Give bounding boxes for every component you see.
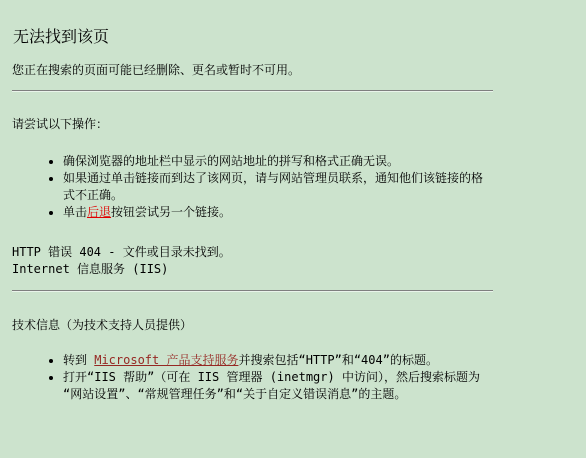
suggestion-text-prefix: 单击 bbox=[63, 205, 87, 219]
status-block: HTTP 错误 404 - 文件或目录未找到。 Internet 信息服务 (I… bbox=[12, 244, 493, 278]
page-title: 无法找到该页 bbox=[13, 28, 493, 46]
error-page-content: 无法找到该页 您正在搜索的页面可能已经删除、更名或暂时不可用。 请尝试以下操作：… bbox=[12, 0, 493, 403]
technical-text-prefix: 转到 bbox=[63, 353, 94, 367]
list-item-check-address: 确保浏览器的地址栏中显示的网站地址的拼写和格式正确无误。 bbox=[63, 153, 493, 170]
suggestions-list: 确保浏览器的地址栏中显示的网站地址的拼写和格式正确无误。 如果通过单击链接而到达… bbox=[12, 153, 493, 221]
suggestions-heading: 请尝试以下操作： bbox=[12, 117, 493, 132]
list-item-click-back: 单击后退按钮尝试另一个链接。 bbox=[63, 204, 493, 221]
page-subtitle: 您正在搜索的页面可能已经删除、更名或暂时不可用。 bbox=[12, 63, 493, 78]
server-info-line: Internet 信息服务 (IIS) bbox=[12, 261, 493, 278]
http-error-status-line: HTTP 错误 404 - 文件或目录未找到。 bbox=[12, 244, 493, 261]
back-link[interactable]: 后退 bbox=[87, 205, 111, 219]
technical-info-heading: 技术信息（为技术支持人员提供） bbox=[12, 318, 493, 333]
list-item-support-services: 转到 Microsoft 产品支持服务并搜索包括“HTTP”和“404”的标题。 bbox=[63, 352, 493, 369]
technical-text-suffix: 并搜索包括“HTTP”和“404”的标题。 bbox=[238, 353, 437, 367]
technical-text: 打开“IIS 帮助”（可在 IIS 管理器 (inetmgr) 中访问），然后搜… bbox=[63, 370, 480, 401]
suggestion-text-suffix: 按钮尝试另一个链接。 bbox=[111, 205, 231, 219]
list-item-contact-admin: 如果通过单击链接而到达了该网页，请与网站管理员联系，通知他们该链接的格式不正确。 bbox=[63, 170, 493, 204]
suggestion-text: 如果通过单击链接而到达了该网页，请与网站管理员联系，通知他们该链接的格式不正确。 bbox=[63, 171, 483, 202]
bottom-divider bbox=[12, 290, 493, 292]
technical-list: 转到 Microsoft 产品支持服务并搜索包括“HTTP”和“404”的标题。… bbox=[12, 352, 493, 403]
list-item-iis-help: 打开“IIS 帮助”（可在 IIS 管理器 (inetmgr) 中访问），然后搜… bbox=[63, 369, 493, 403]
suggestion-text: 确保浏览器的地址栏中显示的网站地址的拼写和格式正确无误。 bbox=[63, 154, 399, 168]
microsoft-support-link[interactable]: Microsoft 产品支持服务 bbox=[94, 353, 238, 367]
top-divider bbox=[12, 90, 493, 92]
